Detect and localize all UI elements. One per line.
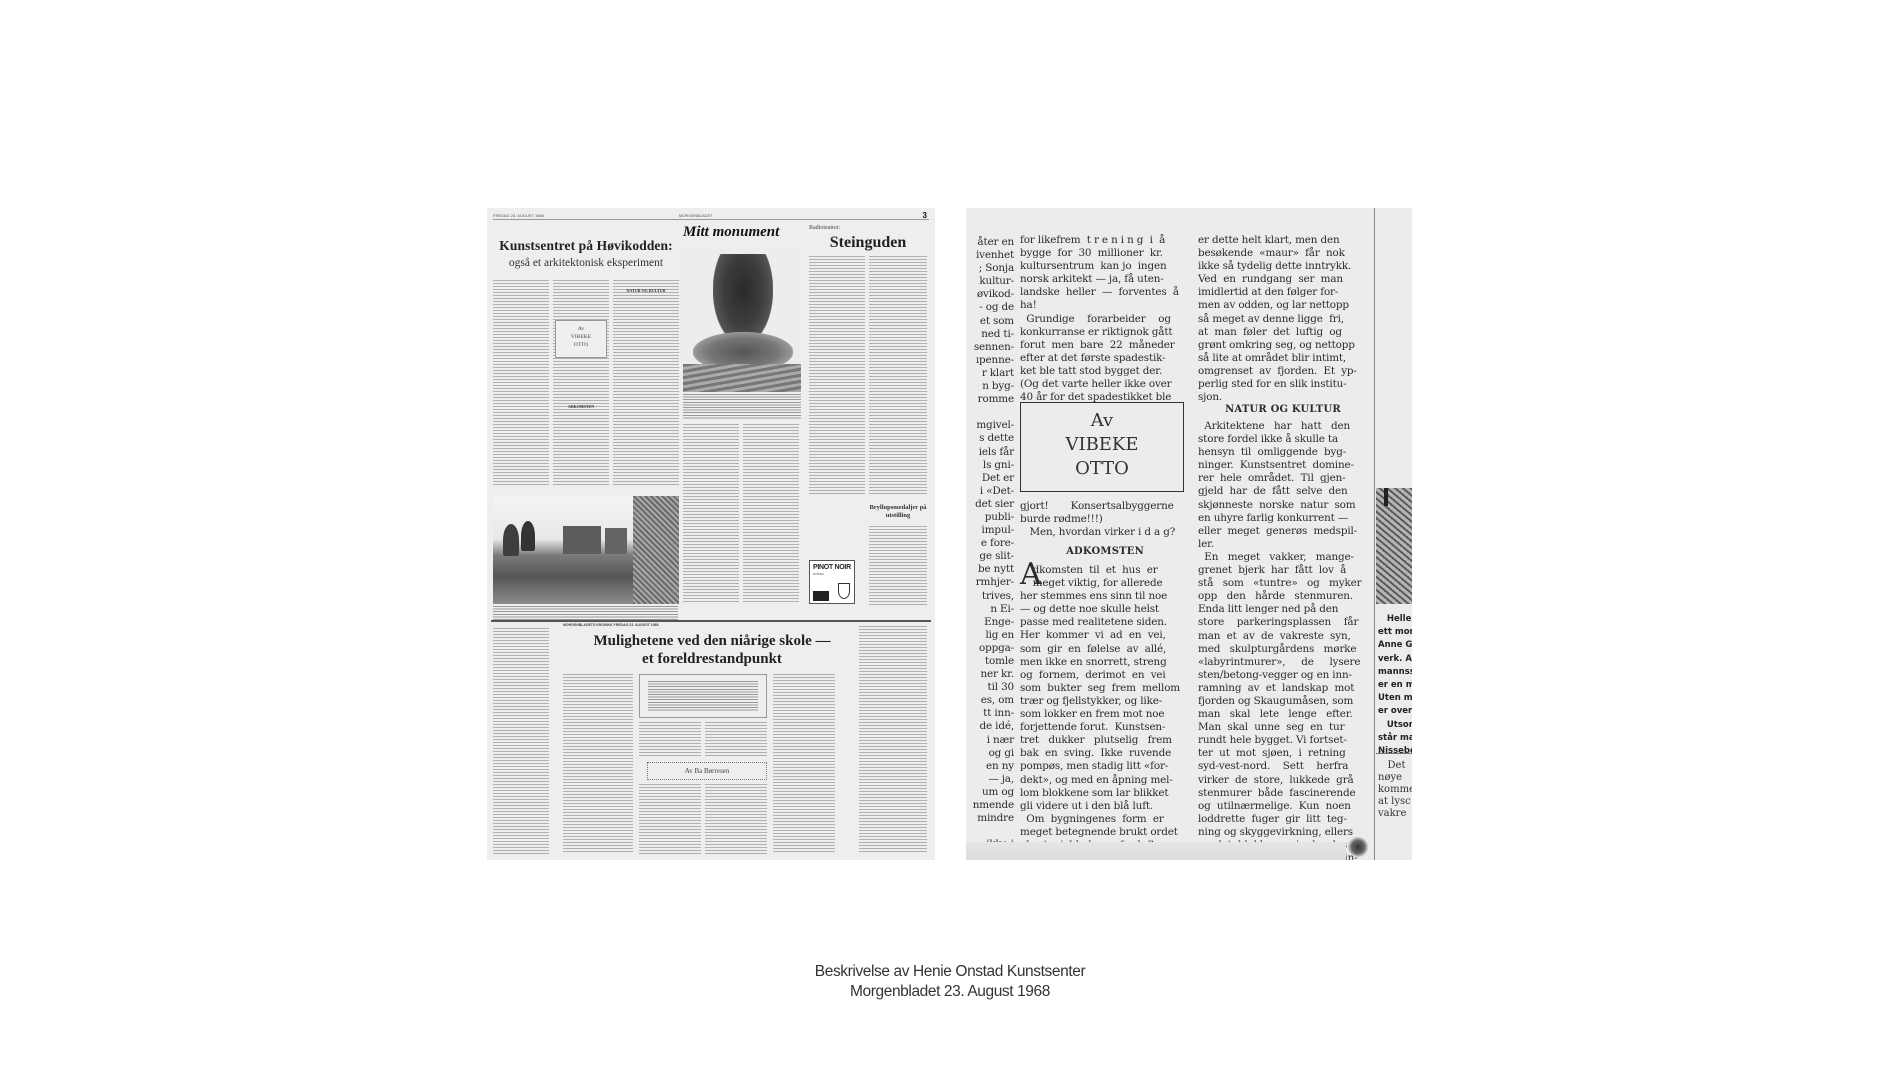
foliage-shape	[633, 496, 679, 604]
column-rule	[1374, 208, 1375, 860]
subhead: NATUR OG KULTUR	[1198, 404, 1368, 415]
text-column	[869, 256, 927, 496]
article-headline: Bryllupsmedaljer på utstilling	[869, 504, 927, 520]
bottom-strip	[966, 842, 1346, 860]
figure-caption: Beskrivelse av Henie Onstad Kunstsenter …	[0, 962, 1900, 1002]
text-column	[773, 674, 835, 854]
sculpture-photo	[683, 244, 801, 392]
byline-box: Av Ba Børresen	[647, 762, 767, 780]
page-header: FREDAG 23. AUGUST 1968 MORGENBLADET 3	[493, 212, 929, 220]
text-column	[553, 280, 609, 485]
photo-caption	[493, 606, 678, 620]
building-shape	[563, 526, 601, 554]
headline-line: et foreldrestandpunkt	[553, 650, 871, 668]
ad-subtitle: ROSSO	[813, 572, 824, 576]
building-photo	[493, 496, 678, 604]
article-kicker: Radioteatret:	[809, 225, 840, 231]
text-column: er dette helt klart, men den besøkende «…	[1198, 234, 1368, 404]
text-column	[859, 626, 927, 854]
byline-text: OTTO	[1021, 457, 1183, 481]
byline-text: Av	[1021, 409, 1183, 433]
header-masthead: MORGENBLADET	[679, 213, 713, 218]
tree-shape	[521, 521, 535, 551]
text-column	[493, 280, 549, 485]
photo-caption	[683, 394, 801, 420]
text-column	[683, 424, 739, 602]
byline-text: VIBEKE	[556, 333, 606, 341]
text-column	[639, 784, 701, 854]
text-column	[639, 722, 701, 758]
byline-text: VIBEKE	[1021, 433, 1183, 457]
photo-detail	[1384, 488, 1388, 506]
article-subheadline: også et arkitektonisk eksperiment	[493, 257, 679, 269]
article-headline: Steinguden	[809, 234, 927, 252]
article-headline: Mitt monument	[683, 224, 808, 241]
tree-shape	[503, 524, 519, 556]
section-label: MORGENBLADETS KRONIKK FREDAG 23. AUGUST …	[563, 623, 659, 627]
text-column	[705, 722, 767, 758]
subhead: NATUR OG KULTUR	[613, 288, 679, 293]
sculpture-figure	[713, 254, 773, 344]
subhead: ADKOMSTEN	[553, 404, 609, 409]
landscape-photo-partial	[1376, 488, 1412, 604]
text-paragraph: dkomsten til et hus er meget viktig, for…	[1020, 564, 1180, 852]
text-paragraph: gjort! Konsertsalbyggerne burde rødme!!!…	[1020, 500, 1175, 539]
text-column-partial: åter en ivenhet ; Sonja kultur- øvikod- …	[966, 236, 1014, 860]
page-number: 3	[923, 211, 927, 220]
article-headline: Kunstsentret på Høvikodden:	[493, 238, 679, 254]
newspaper-page-zoomed: åter en ivenhet ; Sonja kultur- øvikod- …	[966, 208, 1412, 860]
sculpture-base	[683, 364, 801, 392]
caption-line-2: Morgenbladet 23. August 1968	[0, 982, 1900, 1002]
byline-box: Av VIBEKE OTTO	[1020, 402, 1184, 492]
text-column: for likefrem t r e n i n g i å bygge for…	[1020, 234, 1190, 404]
headline-line: Mulighetene ved den niårige skole —	[553, 632, 871, 650]
text-column-partial: Det nøye komme at lysc vakre	[1378, 760, 1412, 820]
text-column	[809, 256, 865, 496]
ad-brand: PINOT NOIR	[813, 564, 851, 571]
subhead: ADKOMSTEN	[1020, 546, 1190, 557]
wine-advertisement: PINOT NOIR ROSSO	[809, 560, 855, 604]
section-divider	[491, 620, 931, 622]
caption-text-partial: Helle ett mon Anne G verk. Al mannssk er…	[1378, 613, 1412, 758]
newspaper-page-left: FREDAG 23. AUGUST 1968 MORGENBLADET 3 Ku…	[487, 208, 935, 860]
caption-line-1: Beskrivelse av Henie Onstad Kunstsenter	[0, 962, 1900, 982]
text-paragraph: Arkitektene har hatt den store fordel ik…	[1198, 420, 1361, 860]
building-shape	[605, 528, 627, 554]
illustration-fragment	[1346, 836, 1370, 858]
byline-text: Av	[556, 325, 606, 333]
header-date: FREDAG 23. AUGUST 1968	[493, 213, 544, 218]
text-column	[493, 628, 549, 854]
byline-box: Av VIBEKE OTTO	[555, 320, 607, 358]
text-column	[613, 280, 679, 485]
byline-text: OTTO	[556, 341, 606, 349]
text-column	[869, 526, 927, 606]
wine-glass-icon	[838, 583, 850, 599]
text-column	[705, 784, 767, 854]
divider	[1376, 753, 1412, 754]
text-column	[563, 674, 633, 854]
pull-quote-text	[648, 681, 758, 711]
pull-quote-box	[639, 674, 767, 718]
article-headline: Mulighetene ved den niårige skole — et f…	[553, 632, 871, 668]
text-column	[743, 424, 799, 602]
ad-label-block	[813, 591, 829, 601]
